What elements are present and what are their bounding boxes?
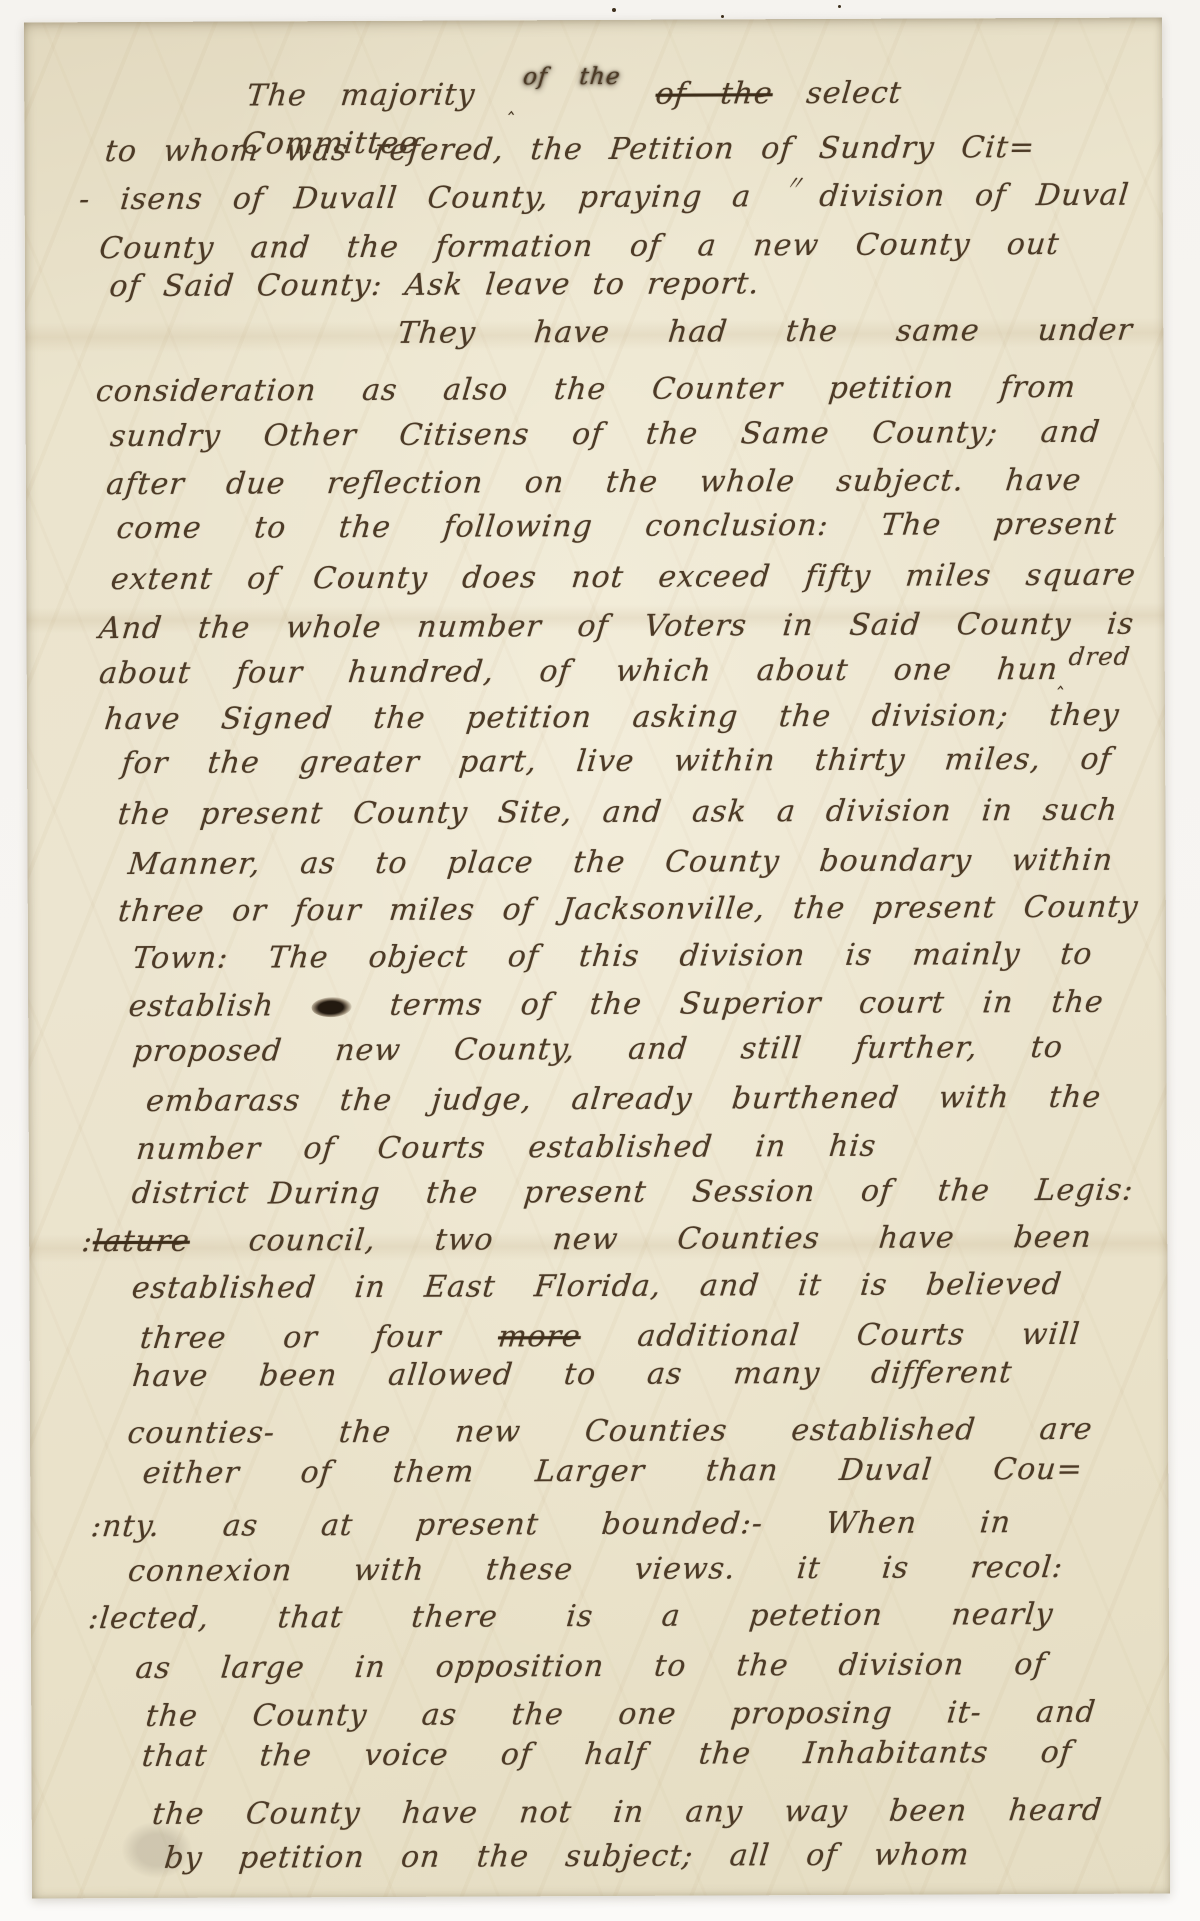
- manuscript-line: three or four miles of Jacksonville, the…: [116, 886, 1141, 936]
- manuscript-line: number of Courts established in his dist…: [134, 1125, 879, 1174]
- ink-speck: [838, 5, 841, 8]
- seg-insert-above: of the: [522, 62, 622, 90]
- seg-text: of Said County: Ask leave to report.: [108, 266, 762, 304]
- seg-text: consideration as also the Counter petiti…: [94, 370, 1078, 409]
- manuscript-line: consideration as also the Counter petiti…: [94, 366, 1079, 416]
- manuscript-line: sundry Other Citisens of the Same County…: [108, 411, 1103, 461]
- seg-strike: more: [496, 1319, 582, 1354]
- seg-text: three or four: [138, 1319, 499, 1356]
- seg-text: And the whole number of Voters in Said C…: [97, 607, 1136, 647]
- manuscript-line: have Signed the petition asking the divi…: [102, 694, 1122, 744]
- seg-text: for the greater part, live within thirty…: [120, 742, 1114, 781]
- seg-strike: lature: [91, 1224, 191, 1259]
- seg-text: either of them Larger than Duval Cou=: [141, 1452, 1085, 1491]
- manuscript-line: of Said County: Ask leave to report.: [107, 262, 762, 311]
- seg-text: terms of the Superior court in the: [350, 985, 1105, 1023]
- seg-text: the County as the one proposing it- and: [144, 1695, 1098, 1734]
- seg-text: about four hundred, of which about one h…: [98, 652, 1060, 691]
- manuscript-line: either of them Larger than Duval Cou=: [140, 1448, 1085, 1498]
- seg-text: as large in opposition to the division o…: [134, 1647, 1048, 1686]
- seg-text: by petition on the subject; all of whom: [163, 1837, 972, 1876]
- manuscript-line: proposed new County, and still further, …: [131, 1026, 1066, 1076]
- manuscript-line: embarass the judge, already burthened wi…: [144, 1076, 1104, 1126]
- seg-text: - isens of Duvall County, praying a: [77, 179, 782, 217]
- manuscript-line: Town: The object of this division is mai…: [130, 933, 1095, 983]
- seg-text: establish: [127, 988, 314, 1024]
- seg-text: have Signed the petition asking the divi…: [103, 698, 1122, 737]
- document-page: The majority ‸of the of the select Commi…: [24, 18, 1170, 1899]
- seg-caret: ‸: [508, 94, 517, 115]
- seg-text: the County have not in any way been hear…: [151, 1793, 1105, 1832]
- seg-text: [620, 77, 657, 112]
- seg-text: sundry Other Citisens of the Same County…: [109, 415, 1103, 454]
- manuscript-line: come to the following conclusion: The pr…: [114, 503, 1119, 553]
- manuscript-line: about four hundred, of which about one h…: [97, 648, 1132, 699]
- manuscript-line: have been allowed to as many different: [130, 1351, 1015, 1401]
- manuscript-line: - isens of Duvall County, praying a 〃div…: [77, 174, 1132, 225]
- seg-strike: of the: [654, 76, 775, 112]
- seg-text: council, two new Counties have been: [188, 1220, 1093, 1259]
- seg-text: connexion with these views. it is recol:: [126, 1550, 1065, 1589]
- manuscript-line: by petition on the subject; all of whom: [162, 1833, 972, 1883]
- ink-speck: [721, 15, 724, 18]
- seg-raised: dred: [1067, 642, 1132, 671]
- seg-text: They have had the same under: [396, 313, 1135, 351]
- seg-text: additional Courts will: [579, 1317, 1082, 1354]
- seg-text: embarass the judge, already burthened wi…: [144, 1080, 1103, 1119]
- seg-text: established in East Florida, and it is b…: [130, 1267, 1064, 1306]
- manuscript-line: for the greater part, live within thirty…: [119, 738, 1114, 788]
- manuscript-line: the County have not in any way been hear…: [150, 1789, 1105, 1839]
- manuscript-line: During the present Session of the Legis:: [266, 1169, 1136, 1219]
- ink-speck: [612, 8, 616, 12]
- seg-text: The majority: [245, 77, 511, 113]
- seg-caret: ‸: [1057, 669, 1066, 690]
- manuscript-line: as large in opposition to the division o…: [133, 1643, 1048, 1693]
- manuscript-line: to whom was refered, the Petition of Sun…: [103, 126, 1038, 176]
- seg-text: counties- the new Counties established a…: [126, 1412, 1095, 1451]
- manuscript-line: established in East Florida, and it is b…: [130, 1263, 1065, 1313]
- seg-ink-blot: [311, 997, 353, 1017]
- seg-text: three or four miles of Jacksonville, the…: [117, 890, 1141, 929]
- manuscript-line: Manner, as to place the County boundary …: [126, 839, 1116, 889]
- manuscript-text: The majority ‸of the of the select Commi…: [24, 18, 1170, 1899]
- manuscript-line: connexion with these views. it is recol:: [126, 1546, 1066, 1596]
- manuscript-line: :lected, that there is a petetion nearly: [86, 1593, 1056, 1643]
- seg-text: During the present Session of the Legis:: [267, 1173, 1136, 1212]
- seg-text: that the voice of half the Inhabitants o…: [140, 1735, 1074, 1774]
- manuscript-line: the present County Site, and ask a divis…: [115, 789, 1120, 839]
- manuscript-line: :lature council, two new Counties have b…: [79, 1216, 1094, 1266]
- seg-text: extent of County does not exceed fifty m…: [109, 558, 1138, 597]
- seg-text: to whom was refered, the Petition of Sun…: [103, 130, 1037, 169]
- seg-text: proposed new County, and still further, …: [131, 1030, 1065, 1069]
- manuscript-line: The majority ‸of the of the select Commi…: [244, 72, 904, 121]
- seg-text: after due reflection on the whole subjec…: [105, 463, 1084, 502]
- manuscript-line: And the whole number of Voters in Said C…: [97, 603, 1137, 654]
- seg-text: come to the following conclusion: The pr…: [115, 507, 1119, 546]
- seg-text: have been allowed to as many different: [131, 1355, 1015, 1394]
- manuscript-line: that the voice of half the Inhabitants o…: [140, 1731, 1075, 1781]
- manuscript-line: :nty. as at present bounded:- When in: [89, 1501, 1014, 1551]
- seg-text: Town: The object of this division is mai…: [131, 937, 1095, 976]
- manuscript-line: establish terms of the Superior court in…: [126, 981, 1106, 1031]
- seg-text: the present County Site, and ask a divis…: [116, 793, 1120, 832]
- scan-background: { "page": { "background_color": "#f6f4f1…: [0, 0, 1200, 1921]
- seg-insert-mark: 〃: [783, 172, 820, 195]
- seg-text: Manner, as to place the County boundary …: [126, 843, 1115, 882]
- manuscript-line: They have had the same under: [395, 309, 1135, 358]
- manuscript-line: extent of County does not exceed fifty m…: [108, 554, 1138, 604]
- seg-text: :nty. as at present bounded:- When in: [89, 1505, 1013, 1544]
- seg-text: County and the formation of a new County…: [98, 227, 1062, 266]
- seg-text: :lected, that there is a petetion nearly: [87, 1597, 1056, 1636]
- seg-text: division of Duval: [818, 178, 1131, 214]
- manuscript-line: after due reflection on the whole subjec…: [104, 459, 1084, 509]
